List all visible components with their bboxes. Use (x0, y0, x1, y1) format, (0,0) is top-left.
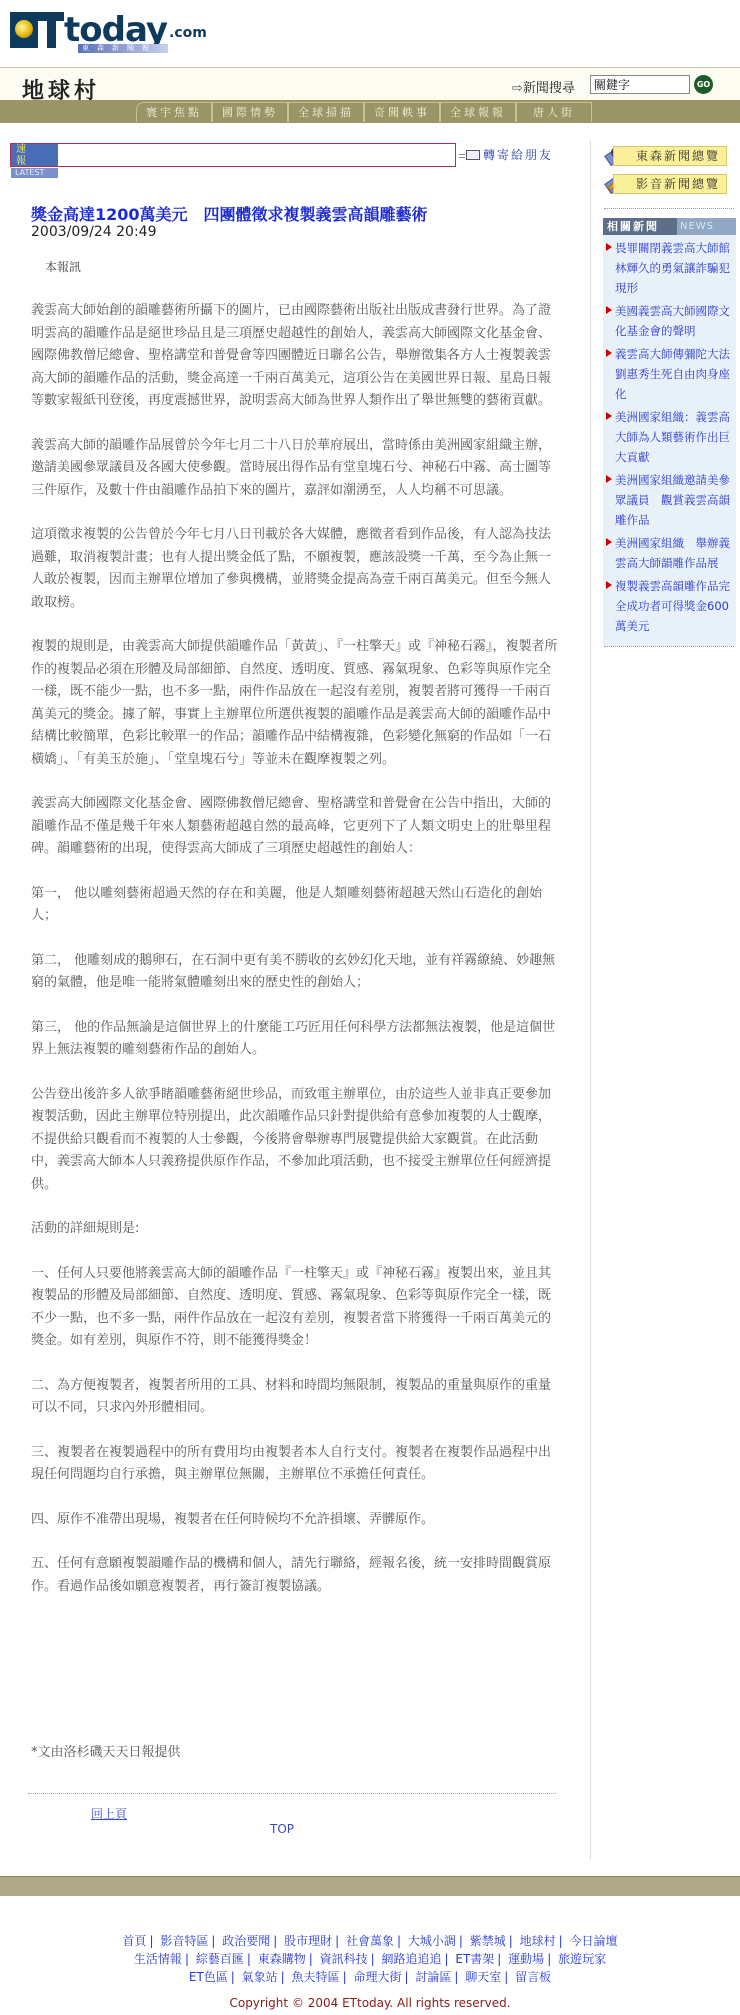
related-news-item[interactable]: 美洲國家組織：義雲高大師為人類藝術作出巨大貢獻 (605, 407, 734, 467)
article-paragraph: 二、為方便複製者，複製者所用的工具、材料和時間均無限制，複製品的重量與原作的重量… (31, 1375, 559, 1420)
copyright: Copyright © 2004 ETtoday. All rights res… (0, 1996, 740, 2010)
triangle-bullet-icon (606, 243, 612, 251)
article-paragraph: 四、原作不准帶出現場，複製者在任何時候均不允許損壞、弄髒原作。 (31, 1509, 559, 1532)
section-header: 地球村 ⇨新聞搜尋 GO (0, 67, 740, 100)
triangle-bullet-icon (606, 581, 612, 589)
footer-link[interactable]: 網路追追追 (381, 1952, 441, 1966)
divider (604, 646, 734, 647)
related-news-item[interactable]: 美洲國家組織 舉辦義雲高大師韻雕作品展 (605, 533, 734, 573)
ettoday-logo[interactable]: today .com 東森新聞報 (10, 10, 207, 48)
footer-link[interactable]: 紫禁城 (470, 1934, 506, 1948)
keyword-search-input[interactable] (590, 75, 690, 94)
triangle-bullet-icon (606, 412, 612, 420)
logo-com: .com (169, 25, 207, 41)
footer-link[interactable]: 東森購物 (258, 1952, 306, 1966)
article-paragraph: 第三， 他的作品無論是這個世界上的什麼能工巧匠用任何科學方法都無法複製，他是這個… (31, 1017, 559, 1062)
triangle-bullet-icon (606, 306, 612, 314)
go-button[interactable]: GO (694, 75, 713, 94)
footer-link[interactable]: 魚夫特區 (292, 1970, 340, 1984)
ticker-label: 速 報 LATEST (11, 144, 58, 166)
forward-to-friend-link[interactable]: 轉寄給朋友 (466, 146, 553, 163)
section-nav: 寰宇焦點 國際情勢 全球掃描 奇聞軼事 全球報報 唐人街 (0, 100, 740, 123)
footer-link[interactable]: 社會萬象 (346, 1934, 394, 1948)
triangle-bullet-icon (606, 538, 612, 546)
logo-subtitle: 東森新聞報 (78, 44, 168, 53)
related-news-item[interactable]: 義雲高大師傳彌陀大法 劉惠秀生死自由肉身座化 (605, 344, 734, 404)
article-paragraph: 三、複製者在複製過程中的所有費用均由複製者本人自行支付。複製者在複製作品過程中出… (31, 1442, 559, 1487)
footer-link[interactable]: 留言板 (515, 1970, 551, 1984)
ettoday-news-overview-button[interactable]: 東森新聞總覽 (613, 146, 727, 166)
nav-tab-global-focus[interactable]: 寰宇焦點 (136, 102, 212, 122)
video-news-overview-button[interactable]: 影音新聞總覽 (613, 174, 727, 194)
footer-link[interactable]: ET書架 (455, 1952, 494, 1966)
footer-row: 生活情報| 綜藝百匯| 東森購物| 資訊科技| 網路追追追| ET書架| 運動場… (0, 1950, 740, 1968)
footer-links: 首頁| 影音特區| 政治要聞| 股市理財| 社會萬象| 大城小調| 紫禁城| 地… (0, 1932, 740, 1986)
related-news-item[interactable]: 畏罪關閉義雲高大師館 林輝久的勇氣讓詐騙犯現形 (605, 238, 734, 298)
footer-link[interactable]: 政治要聞 (222, 1934, 270, 1948)
logo-word: today (64, 15, 167, 45)
nav-tab-global-report[interactable]: 全球報報 (440, 102, 516, 122)
footer-link[interactable]: 氣象站 (242, 1970, 278, 1984)
article-source: 本報訊 (45, 258, 81, 275)
footer-link[interactable]: 討論區 (415, 1970, 451, 1984)
article-paragraph: 義雲高大師始創的韻雕藝術所攝下的圖片，已由國際藝術出版社出版成書發行世界。為了證… (31, 300, 559, 413)
bottom-bar (0, 1876, 740, 1896)
footer-link[interactable]: 聊天室 (465, 1970, 501, 1984)
latest-news-ticker[interactable]: 速 報 LATEST (10, 143, 456, 167)
logo-e-mark (10, 12, 38, 48)
footer-row: ET色區| 氣象站| 魚夫特區| 命理大街| 討論區| 聊天室| 留言板 (0, 1968, 740, 1986)
footer-link[interactable]: 首頁 (122, 1934, 146, 1948)
article-credit: *文由洛杉磯天天日報提供 (31, 1741, 181, 1760)
nav-tab-chinatown[interactable]: 唐人街 (516, 102, 592, 122)
related-news-item[interactable]: 美洲國家組織邀請美參眾議員 觀賞義雲高韻雕作品 (605, 470, 734, 530)
nav-tab-global-scan[interactable]: 全球掃描 (288, 102, 364, 122)
news-search-label: ⇨新聞搜尋 (512, 77, 575, 96)
nav-tab-oddities[interactable]: 奇聞軼事 (364, 102, 440, 122)
article-paragraph: 這項徵求複製的公告曾於今年七月八日刊載於各大媒體，應徵者看到作品後，有人認為技法… (31, 524, 559, 614)
footer-link[interactable]: 運動場 (508, 1952, 544, 1966)
related-news-item[interactable]: 美國義雲高大師國際文化基金會的聲明 (605, 301, 734, 341)
article-date: 2003/09/24 20:49 (31, 224, 157, 240)
footer-link[interactable]: 今日論壇 (570, 1934, 618, 1948)
footer-link[interactable]: 旅遊玩家 (558, 1952, 606, 1966)
footer-row: 首頁| 影音特區| 政治要聞| 股市理財| 社會萬象| 大城小調| 紫禁城| 地… (0, 1932, 740, 1950)
mail-icon (466, 150, 480, 160)
article-paragraph: 第二， 他雕刻成的鵝卵石，在石洞中更有美不勝收的玄妙幻化天地，並有祥霧繚繞、妙趣… (31, 950, 559, 995)
article-paragraph: 第一， 他以雕刻藝術超過天然的存在和美麗，他是人類雕刻藝術超越天然山石造化的創始… (31, 883, 559, 928)
related-news-header: 相關新聞 NEWS (603, 218, 736, 235)
top-link[interactable]: TOP (270, 1822, 294, 1836)
footer-link[interactable]: ET色區 (189, 1970, 228, 1984)
related-news-panel: 相關新聞 NEWS 畏罪關閉義雲高大師館 林輝久的勇氣讓詐騙犯現形 美國義雲高大… (603, 218, 736, 646)
column-divider (590, 140, 591, 1860)
article-paragraph: 一、任何人只要他將義雲高大師的韻雕作品『一柱擎天』或『神秘石霧』複製出來，並且其… (31, 1263, 559, 1353)
article-paragraph: 義雲高大師國際文化基金會、國際佛教僧尼總會、聖格講堂和普覺會在公告中指出，大師的… (31, 793, 559, 861)
article-headline: 獎金高達1200萬美元 四團體徵求複製義雲高韻雕藝術 (31, 202, 428, 225)
footer-link[interactable]: 股市理財 (284, 1934, 332, 1948)
article-paragraph: 公告登出後許多人欲爭睹韻雕藝術絕世珍品，而致電主辦單位，由於這些人並非真正要參加… (31, 1084, 559, 1197)
footer-link[interactable]: 命理大街 (353, 1970, 401, 1984)
footer-link[interactable]: 綜藝百匯 (196, 1952, 244, 1966)
article-body: 義雲高大師始創的韻雕藝術所攝下的圖片，已由國際藝術出版社出版成書發行世界。為了證… (31, 300, 559, 1620)
footer-link[interactable]: 大城小調 (408, 1934, 456, 1948)
footer-link[interactable]: 地球村 (520, 1934, 556, 1948)
article-paragraph: 義雲高大師的韻雕作品展曾於今年七月二十八日於華府展出，當時係由美洲國家組織主辦，… (31, 435, 559, 503)
related-news-item[interactable]: 複製義雲高韻雕作品完全成功者可得獎金600萬美元 (605, 576, 734, 636)
footer-link[interactable]: 生活情報 (134, 1952, 182, 1966)
globe-icon (15, 20, 33, 38)
footer-link[interactable]: 資訊科技 (320, 1952, 368, 1966)
article-paragraph: 複製的規則是，由義雲高大師提供韻雕作品「黃黃」、『一柱擎天』或『神秘石霧』，複製… (31, 636, 559, 771)
divider (28, 1793, 556, 1794)
arrow-right-icon: ⇨ (512, 81, 523, 96)
nav-tab-international[interactable]: 國際情勢 (212, 102, 288, 122)
back-page-link[interactable]: 回上頁 (91, 1805, 127, 1822)
divider (604, 208, 734, 209)
footer-link[interactable]: 影音特區 (160, 1934, 208, 1948)
article-paragraph: 五、任何有意願複製韻雕作品的機構和個人，請先行聯絡，經報名後，統一安排時間觀賞原… (31, 1553, 559, 1598)
triangle-bullet-icon (606, 475, 612, 483)
article-paragraph: 活動的詳細規則是: (31, 1218, 559, 1241)
triangle-bullet-icon (606, 349, 612, 357)
logo-t-mark (38, 12, 64, 48)
